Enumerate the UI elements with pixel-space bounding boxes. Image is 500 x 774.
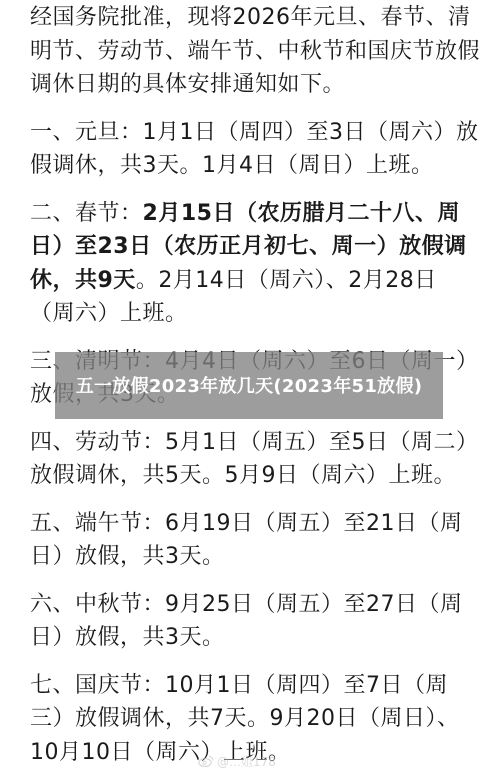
watermark-text: @…姐178	[217, 753, 276, 770]
section-new-year: 一、元旦：1月1日（周四）至3日（周六）放假调休，共3天。1月4日（周日）上班。	[30, 116, 480, 183]
spacer	[30, 331, 480, 345]
section-spring-festival: 二、春节：2月15日（农历腊月二十八、周日）至23日（农历正月初七、周一）放假调…	[30, 197, 480, 331]
spacer	[30, 493, 480, 507]
section-dragon-boat: 五、端午节：6月19日（周五）至21日（周日）放假，共3天。	[30, 507, 480, 574]
intro-paragraph: 经国务院批准，现将2026年元旦、春节、清明节、劳动节、端午节、中秋节和国庆节放…	[30, 1, 480, 102]
overlay-title: 五一放假2023年放几天(2023年51放假)	[76, 374, 423, 400]
section-labor-day: 四、劳动节：5月1日（周五）至5日（周二）放假调休，共5天。5月9日（周六）上班…	[30, 426, 480, 493]
section-prefix: 二、春节：	[30, 201, 143, 226]
watermark: @…姐178	[198, 752, 276, 770]
weibo-icon	[198, 755, 214, 767]
spacer	[30, 183, 480, 197]
spacer	[30, 655, 480, 669]
section-mid-autumn: 六、中秋节：9月25日（周五）至27日（周日）放假，共3天。	[30, 588, 480, 655]
title-overlay-banner: 五一放假2023年放几天(2023年51放假)	[55, 352, 443, 419]
spacer	[30, 574, 480, 588]
spacer	[30, 102, 480, 116]
